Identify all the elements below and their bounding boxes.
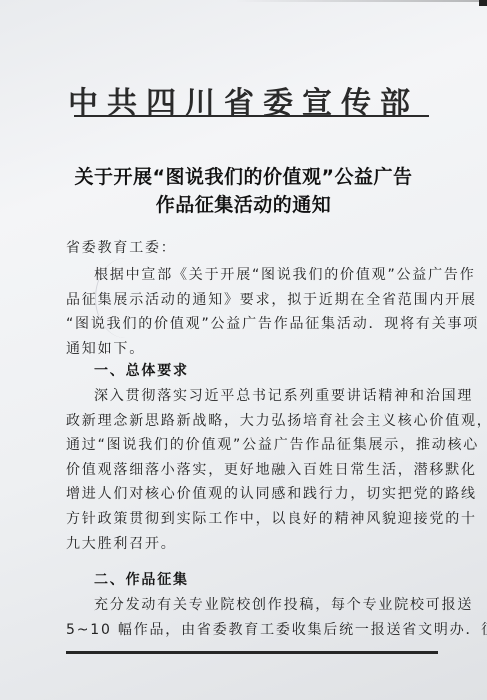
intro-line-2: 品征集展示活动的通知》要求，拟于近期在全省范围内开展: [66, 288, 436, 313]
section-1-line-4: 价值观落细落小落实，更好地融入百姓日常生活，潜移默化: [66, 458, 436, 483]
section-1-line-2: 政新理念新思路新战略，大力弘扬培育社会主义核心价值观，: [66, 409, 436, 434]
title-line-2: 作品征集活动的通知: [0, 191, 487, 219]
intro-line-1: 根据中宣部《关于开展“图说我们的价值观”公益广告作: [66, 263, 436, 288]
document-title: 关于开展“图说我们的价值观”公益广告 作品征集活动的通知: [0, 163, 487, 219]
salutation: 省委教育工委：: [66, 236, 436, 261]
section-1-line-6: 方针政策贯彻到实际工作中，以良好的精神风貌迎接党的十: [66, 507, 436, 532]
section-heading-2: 二、作品征集: [66, 568, 464, 593]
intro-line-3: “图说我们的价值观”公益广告作品征集活动．现将有关事项: [66, 312, 436, 337]
letterhead-rule: [74, 115, 429, 117]
section-2-line-2: 5~10 幅作品，由省委教育工委收集后统一报送省文明办．征: [66, 618, 436, 643]
intro-line-4: 通知如下。: [66, 337, 436, 362]
document-page: 中共四川省委宣传部 关于开展“图说我们的价值观”公益广告 作品征集活动的通知 省…: [0, 0, 487, 700]
page-corner-shadow: [479, 0, 487, 6]
section-1-line-5: 增进人们对核心价值观的认同感和践行力，切实把党的路线: [66, 482, 436, 507]
section-2-paragraph: 充分发动有关专业院校创作投稿，每个专业院校可报送 5~10 幅作品，由省委教育工…: [66, 593, 436, 642]
title-line-1: 关于开展“图说我们的价值观”公益广告: [0, 163, 487, 191]
section-heading-1: 一、总体要求: [66, 359, 464, 384]
section-1-line-1: 深入贯彻落实习近平总书记系列重要讲话精神和治国理: [66, 384, 436, 409]
intro-paragraph: 根据中宣部《关于开展“图说我们的价值观”公益广告作 品征集展示活动的通知》要求，…: [66, 263, 436, 361]
section-1-line-3: 通过“图说我们的价值观”公益广告作品征集展示，推动核心: [66, 433, 436, 458]
page-top-edge-shadow: [235, 0, 479, 2]
section-1-line-7: 九大胜利召开。: [66, 532, 436, 557]
footer-rule: [66, 651, 438, 654]
section-2-line-1: 充分发动有关专业院校创作投稿，每个专业院校可报送: [66, 593, 436, 618]
section-1-paragraph: 深入贯彻落实习近平总书记系列重要讲话精神和治国理 政新理念新思路新战略，大力弘扬…: [66, 384, 436, 556]
